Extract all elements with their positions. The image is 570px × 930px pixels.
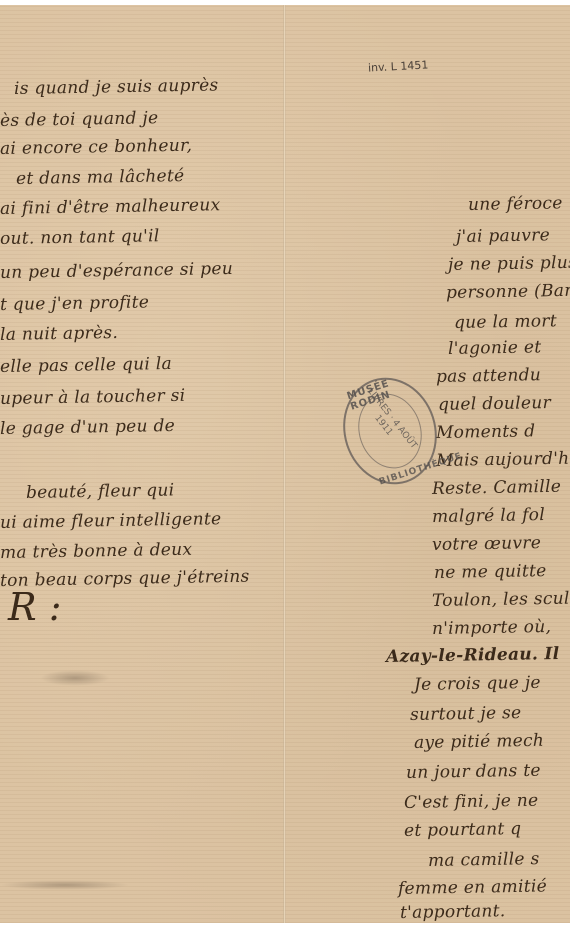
ink-smudge <box>40 670 110 686</box>
handwritten-line: Moments d <box>436 421 536 443</box>
handwritten-line: ma très bonne à deux <box>0 540 192 563</box>
handwritten-line: quel douleur <box>438 393 551 415</box>
handwritten-line: l'agonie et <box>448 337 542 359</box>
handwritten-line: un jour dans te <box>406 761 541 783</box>
handwritten-line: ai encore ce bonheur, <box>0 136 192 159</box>
handwritten-line: personne (Bar <box>446 281 570 303</box>
handwritten-line: une féroce <box>468 193 563 215</box>
handwritten-line: t que j'en profite <box>0 292 149 315</box>
handwritten-line: n'importe où, <box>432 617 552 639</box>
handwritten-line: et pourtant q <box>404 819 522 841</box>
left-page: is quand je suis auprès ès de toi quand … <box>0 5 283 923</box>
handwritten-line: t'apportant. <box>400 901 506 923</box>
handwritten-line: le gage d'un peu de <box>0 416 175 439</box>
handwritten-line: elle pas celle qui la <box>0 354 172 377</box>
ink-smudge <box>0 880 130 890</box>
handwritten-line: Reste. Camille <box>432 477 561 499</box>
handwritten-line: ai fini d'être malheureux <box>0 195 221 219</box>
handwritten-line: Toulon, les sculp <box>432 588 570 611</box>
handwritten-line: Azay-le-Rideau. Il <box>386 644 560 667</box>
handwritten-line: ne me quitte <box>434 561 547 583</box>
handwritten-line: ès de toi quand je <box>0 108 159 131</box>
handwritten-line: Je crois que je <box>414 673 541 695</box>
handwritten-line: ui aime fleur intelligente <box>0 509 222 533</box>
handwritten-line: aye pitié mech <box>414 731 544 753</box>
handwritten-line: femme en amitié <box>398 876 547 899</box>
handwritten-line: pas attendu <box>436 365 541 387</box>
signature-initial: R : <box>8 585 62 629</box>
handwritten-line: C'est fini, je ne <box>404 791 539 813</box>
handwritten-line: beauté, fleur qui <box>26 480 175 503</box>
handwritten-line: je ne puis plus <box>448 253 570 275</box>
handwritten-line: votre œuvre <box>432 533 541 555</box>
handwritten-line: la nuit après. <box>0 323 118 345</box>
handwritten-line: que la mort <box>454 311 557 333</box>
handwritten-line: un peu d'espérance si peu <box>0 259 233 283</box>
handwritten-line: is quand je suis auprès <box>14 75 219 99</box>
handwritten-line: et dans ma lâcheté <box>16 166 185 189</box>
handwritten-line: ma camille s <box>428 849 540 871</box>
handwritten-line: out. non tant qu'il <box>0 226 160 249</box>
handwritten-line: j'ai pauvre <box>456 225 550 247</box>
handwritten-line: upeur à la toucher si <box>0 386 186 409</box>
handwritten-line: surtout je se <box>410 703 522 725</box>
handwritten-line: malgré la fol <box>432 505 545 527</box>
